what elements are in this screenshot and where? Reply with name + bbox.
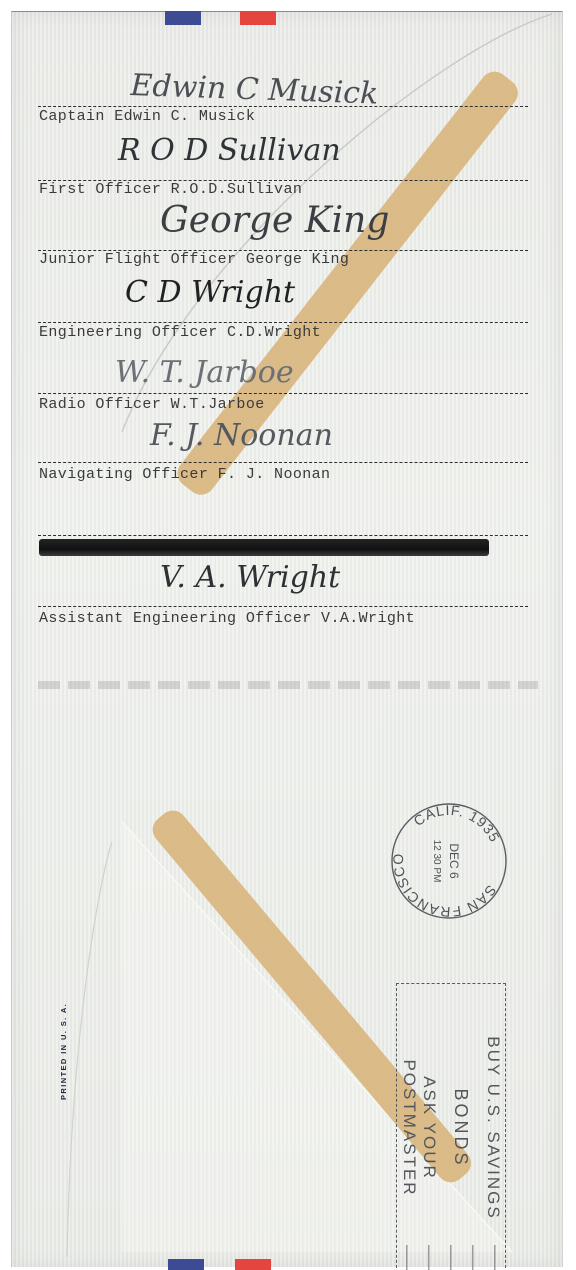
signature-line xyxy=(38,606,528,607)
crew-title: First Officer R.O.D.Sullivan xyxy=(39,181,302,198)
postmark-date: DEC 6 xyxy=(447,843,461,879)
signature: F. J. Noonan xyxy=(150,418,333,453)
crew-title: Assistant Engineering Officer V.A.Wright xyxy=(39,610,415,627)
postmark-time: 12 30 PM xyxy=(431,840,442,883)
slogan-line-3: ASK YOUR POSTMASTER xyxy=(399,1010,439,1246)
slogan-line-1: BUY U.S. SAVINGS xyxy=(483,1036,503,1219)
crew-title: Navigating Officer F. J. Noonan xyxy=(39,466,330,483)
crew-title: Captain Edwin C. Musick xyxy=(39,108,255,125)
crew-title: Radio Officer W.T.Jarboe xyxy=(39,396,265,413)
signature-line xyxy=(38,322,528,323)
crew-title: Junior Flight Officer George King xyxy=(39,251,349,268)
airmail-stripe-blue-top xyxy=(165,11,201,25)
airmail-stripe-blue-bottom xyxy=(168,1259,204,1270)
airmail-stripe-red-bottom xyxy=(235,1259,271,1270)
signature-line xyxy=(38,106,528,107)
postmark-city: SAN FRANCISCO xyxy=(388,833,500,922)
airmail-stripe-red-top xyxy=(240,11,276,25)
crew-title: Engineering Officer C.D.Wright xyxy=(39,324,321,341)
signature-line xyxy=(38,535,528,536)
signature-line xyxy=(38,393,528,394)
signature: V. A. Wright xyxy=(160,560,340,595)
signature: W. T. Jarboe xyxy=(115,355,294,390)
redacted-entry xyxy=(39,539,489,556)
postmark: SAN FRANCISCO CALIF. 1935 DEC 6 12 30 PM xyxy=(388,800,510,922)
signature: R O D Sullivan xyxy=(118,133,341,168)
slogan-line-2: BONDS xyxy=(451,1088,472,1167)
svg-text:SAN FRANCISCO: SAN FRANCISCO xyxy=(388,833,500,922)
imprint-text: PRINTED IN U. S. A. xyxy=(59,1003,68,1100)
signature: C D Wright xyxy=(125,275,295,310)
slogan-cancel-box: BUY U.S. SAVINGS BONDS ASK YOUR POSTMAST… xyxy=(396,983,506,1270)
cancel-bars xyxy=(398,1245,504,1270)
erased-entry xyxy=(38,681,538,689)
signature-line xyxy=(38,462,528,463)
signature: George King xyxy=(160,200,389,241)
